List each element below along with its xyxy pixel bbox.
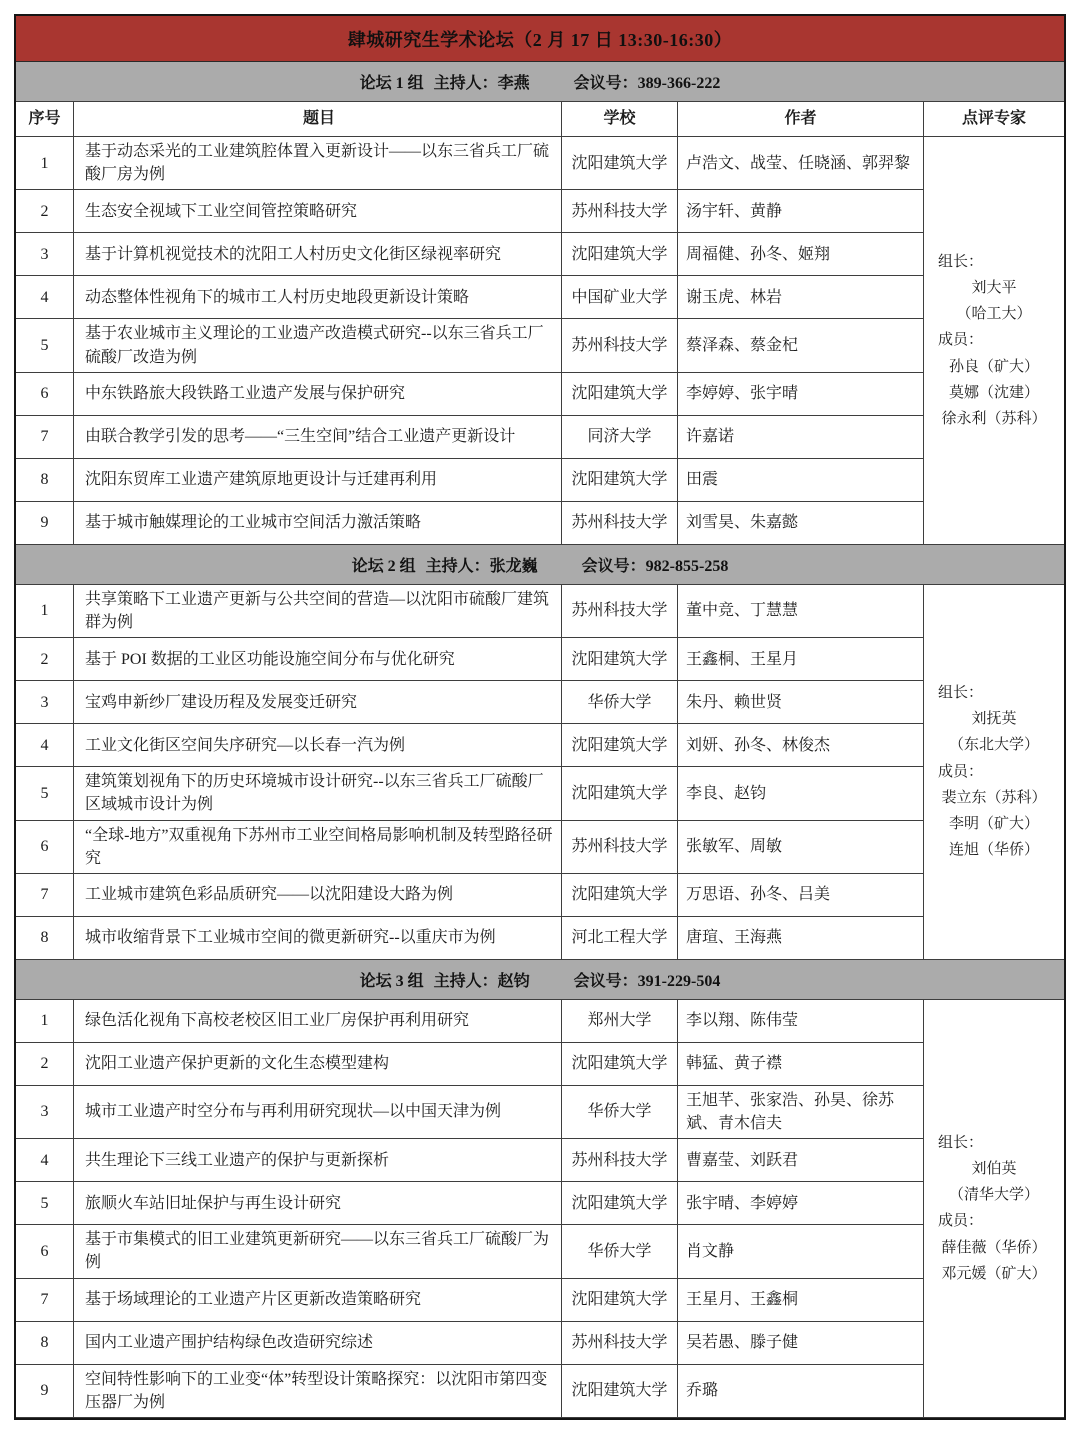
school-cell: 苏州科技大学	[562, 190, 678, 233]
authors-cell: 李以翔、陈伟莹	[678, 1000, 924, 1043]
seq-cell: 6	[16, 821, 74, 874]
authors-cell: 汤宇轩、黄静	[678, 190, 924, 233]
experts-member: 徐永利（苏科）	[941, 406, 1046, 432]
school-cell: 沈阳建筑大学	[562, 1043, 678, 1086]
forum3-rows: 组长： 刘伯英 （清华大学） 成员： 薛佳薇（华侨） 邓元媛（矿大） 1 绿色活…	[16, 1000, 1064, 1418]
seq-cell: 7	[16, 874, 74, 917]
seq-cell: 6	[16, 373, 74, 416]
seq-cell: 5	[16, 319, 74, 372]
forum3-host-label: 主持人：赵钧	[434, 968, 530, 991]
title-cell: 共生理论下三线工业遗产的保护与更新探析	[74, 1139, 562, 1182]
seq-cell: 1	[16, 585, 74, 638]
school-cell: 苏州科技大学	[562, 502, 678, 545]
seq-cell: 7	[16, 416, 74, 459]
authors-cell: 朱丹、赖世贤	[678, 681, 924, 724]
seq-cell: 8	[16, 459, 74, 502]
school-cell: 沈阳建筑大学	[562, 1279, 678, 1322]
forum3-group-label: 论坛 3 组	[360, 968, 424, 991]
title-cell: 基于农业城市主义理论的工业遗产改造模式研究--以东三省兵工厂硫酸厂改造为例	[74, 319, 562, 372]
experts-member: 连旭（华侨）	[949, 837, 1039, 863]
seq-cell: 4	[16, 276, 74, 319]
seq-cell: 4	[16, 724, 74, 767]
authors-cell: 蔡泽森、蔡金杞	[678, 319, 924, 372]
seq-cell: 9	[16, 502, 74, 545]
school-cell: 郑州大学	[562, 1000, 678, 1043]
column-header-school: 学校	[562, 102, 678, 137]
experts-leader-affiliation: （清华大学）	[949, 1182, 1039, 1208]
experts-leader-affiliation: （东北大学）	[949, 732, 1039, 758]
seq-cell: 6	[16, 1225, 74, 1278]
school-cell: 沈阳建筑大学	[562, 1182, 678, 1225]
experts-leader-affiliation: （哈工大）	[956, 301, 1031, 327]
title-cell: 基于计算机视觉技术的沈阳工人村历史文化街区绿视率研究	[74, 233, 562, 276]
school-cell: 沈阳建筑大学	[562, 1365, 678, 1418]
authors-cell: 韩猛、黄子襟	[678, 1043, 924, 1086]
authors-cell: 周福健、孙冬、姬翔	[678, 233, 924, 276]
title-cell: 由联合教学引发的思考——“三生空间”结合工业遗产更新设计	[74, 416, 562, 459]
experts-member: 薛佳薇（华侨）	[941, 1235, 1046, 1261]
school-cell: 沈阳建筑大学	[562, 233, 678, 276]
page-title: 肆城研究生学术论坛（2 月 17 日 13:30-16:30）	[16, 16, 1064, 62]
school-cell: 中国矿业大学	[562, 276, 678, 319]
column-header-seq: 序号	[16, 102, 74, 137]
seq-cell: 3	[16, 681, 74, 724]
forum2-section-bar: 论坛 2 组 主持人：张龙巍 会议号：982-855-258	[16, 545, 1064, 585]
school-cell: 苏州科技大学	[562, 1322, 678, 1365]
seq-cell: 4	[16, 1139, 74, 1182]
seq-cell: 8	[16, 1322, 74, 1365]
experts-cell: 组长： 刘大平 （哈工大） 成员： 孙良（矿大） 莫娜（沈建） 徐永利（苏科）	[924, 137, 1064, 545]
authors-cell: 李婷婷、张宇晴	[678, 373, 924, 416]
title-cell: 基于 POI 数据的工业区功能设施空间分布与优化研究	[74, 638, 562, 681]
title-cell: 旅顺火车站旧址保护与再生设计研究	[74, 1182, 562, 1225]
experts-cell: 组长： 刘伯英 （清华大学） 成员： 薛佳薇（华侨） 邓元媛（矿大）	[924, 1000, 1064, 1418]
school-cell: 沈阳建筑大学	[562, 767, 678, 820]
experts-member: 李明（矿大）	[949, 811, 1039, 837]
authors-cell: 肖文静	[678, 1225, 924, 1278]
seq-cell: 3	[16, 233, 74, 276]
school-cell: 同济大学	[562, 416, 678, 459]
seq-cell: 9	[16, 1365, 74, 1418]
forum3-meeting-number: 会议号：391-229-504	[574, 968, 721, 991]
authors-cell: 谢玉虎、林岩	[678, 276, 924, 319]
title-cell: 基于城市触媒理论的工业城市空间活力激活策略	[74, 502, 562, 545]
experts-cell: 组长： 刘抚英 （东北大学） 成员： 裴立东（苏科） 李明（矿大） 连旭（华侨）	[924, 585, 1064, 960]
experts-member: 莫娜（沈建）	[949, 380, 1039, 406]
title-cell: 宝鸡申新纱厂建设历程及发展变迁研究	[74, 681, 562, 724]
title-cell: 绿色活化视角下高校老校区旧工业厂房保护再利用研究	[74, 1000, 562, 1043]
experts-member: 裴立东（苏科）	[941, 785, 1046, 811]
experts-member: 邓元媛（矿大）	[941, 1261, 1046, 1287]
authors-cell: 卢浩文、战莹、任晓涵、郭羿黎	[678, 137, 924, 190]
authors-cell: 万思语、孙冬、吕美	[678, 874, 924, 917]
column-header-authors: 作者	[678, 102, 924, 137]
experts-leader-name: 刘大平	[971, 275, 1016, 301]
school-cell: 华侨大学	[562, 1225, 678, 1278]
school-cell: 苏州科技大学	[562, 585, 678, 638]
authors-cell: 许嘉诺	[678, 416, 924, 459]
experts-leader-name: 刘抚英	[971, 706, 1016, 732]
school-cell: 沈阳建筑大学	[562, 137, 678, 190]
school-cell: 苏州科技大学	[562, 821, 678, 874]
school-cell: 沈阳建筑大学	[562, 459, 678, 502]
column-header-row: 序号 题目 学校 作者 点评专家	[16, 102, 1064, 137]
experts-leader-label: 组长：	[930, 680, 983, 706]
title-cell: 沈阳工业遗产保护更新的文化生态模型建构	[74, 1043, 562, 1086]
experts-leader-label: 组长：	[930, 249, 983, 275]
experts-leader-name: 刘伯英	[971, 1156, 1016, 1182]
title-cell: 工业城市建筑色彩品质研究——以沈阳建设大路为例	[74, 874, 562, 917]
forum1-rows: 组长： 刘大平 （哈工大） 成员： 孙良（矿大） 莫娜（沈建） 徐永利（苏科） …	[16, 137, 1064, 545]
column-header-experts: 点评专家	[924, 102, 1064, 137]
forum2-host-label: 主持人：张龙巍	[426, 553, 538, 576]
school-cell: 华侨大学	[562, 681, 678, 724]
seq-cell: 5	[16, 767, 74, 820]
authors-cell: 乔璐	[678, 1365, 924, 1418]
authors-cell: 田震	[678, 459, 924, 502]
forum1-section-bar: 论坛 1 组 主持人：李燕 会议号：389-366-222	[16, 62, 1064, 102]
school-cell: 华侨大学	[562, 1086, 678, 1139]
forum1-group-label: 论坛 1 组	[360, 70, 424, 93]
seq-cell: 2	[16, 638, 74, 681]
authors-cell: 王旭芊、张家浩、孙昊、徐苏斌、青木信夫	[678, 1086, 924, 1139]
authors-cell: 李良、赵钧	[678, 767, 924, 820]
experts-members-label: 成员：	[930, 327, 983, 353]
seq-cell: 1	[16, 137, 74, 190]
seq-cell: 7	[16, 1279, 74, 1322]
authors-cell: 曹嘉莹、刘跃君	[678, 1139, 924, 1182]
title-cell: 基于动态采光的工业建筑腔体置入更新设计——以东三省兵工厂硫酸厂房为例	[74, 137, 562, 190]
authors-cell: 唐瑄、王海燕	[678, 917, 924, 960]
title-cell: 空间特性影响下的工业变“体”转型设计策略探究：以沈阳市第四变压器厂为例	[74, 1365, 562, 1418]
forum1-meeting-number: 会议号：389-366-222	[574, 70, 721, 93]
title-cell: 共享策略下工业遗产更新与公共空间的营造—以沈阳市硫酸厂建筑群为例	[74, 585, 562, 638]
school-cell: 沈阳建筑大学	[562, 724, 678, 767]
title-cell: 生态安全视域下工业空间管控策略研究	[74, 190, 562, 233]
title-cell: 基于场域理论的工业遗产片区更新改造策略研究	[74, 1279, 562, 1322]
title-cell: 国内工业遗产围护结构绿色改造研究综述	[74, 1322, 562, 1365]
forum2-group-label: 论坛 2 组	[352, 553, 416, 576]
title-cell: 动态整体性视角下的城市工人村历史地段更新设计策略	[74, 276, 562, 319]
forum3-section-bar: 论坛 3 组 主持人：赵钧 会议号：391-229-504	[16, 960, 1064, 1000]
forum2-meeting-number: 会议号：982-855-258	[582, 553, 729, 576]
experts-members-label: 成员：	[930, 759, 983, 785]
title-cell: 沈阳东贸库工业遗产建筑原地更设计与迁建再利用	[74, 459, 562, 502]
title-cell: 建筑策划视角下的历史环境城市设计研究--以东三省兵工厂硫酸厂区域城市设计为例	[74, 767, 562, 820]
seq-cell: 2	[16, 1043, 74, 1086]
authors-cell: 王星月、王鑫桐	[678, 1279, 924, 1322]
authors-cell: 刘雪昊、朱嘉懿	[678, 502, 924, 545]
experts-members-label: 成员：	[930, 1208, 983, 1234]
forum-schedule-table: 肆城研究生学术论坛（2 月 17 日 13:30-16:30） 论坛 1 组 主…	[14, 14, 1066, 1420]
page: 肆城研究生学术论坛（2 月 17 日 13:30-16:30） 论坛 1 组 主…	[0, 0, 1080, 1453]
title-cell: 中东铁路旅大段铁路工业遗产发展与保护研究	[74, 373, 562, 416]
authors-cell: 吴若愚、滕子健	[678, 1322, 924, 1365]
school-cell: 沈阳建筑大学	[562, 373, 678, 416]
school-cell: 河北工程大学	[562, 917, 678, 960]
seq-cell: 2	[16, 190, 74, 233]
school-cell: 沈阳建筑大学	[562, 874, 678, 917]
school-cell: 苏州科技大学	[562, 1139, 678, 1182]
forum2-rows: 组长： 刘抚英 （东北大学） 成员： 裴立东（苏科） 李明（矿大） 连旭（华侨）…	[16, 585, 1064, 960]
title-cell: 基于市集模式的旧工业建筑更新研究——以东三省兵工厂硫酸厂为例	[74, 1225, 562, 1278]
seq-cell: 1	[16, 1000, 74, 1043]
title-cell: 城市收缩背景下工业城市空间的微更新研究--以重庆市为例	[74, 917, 562, 960]
forum1-host-label: 主持人：李燕	[434, 70, 530, 93]
title-cell: 工业文化街区空间失序研究—以长春一汽为例	[74, 724, 562, 767]
seq-cell: 3	[16, 1086, 74, 1139]
school-cell: 沈阳建筑大学	[562, 638, 678, 681]
experts-member: 孙良（矿大）	[949, 354, 1039, 380]
authors-cell: 张敏军、周敏	[678, 821, 924, 874]
authors-cell: 刘妍、孙冬、林俊杰	[678, 724, 924, 767]
seq-cell: 8	[16, 917, 74, 960]
authors-cell: 董中竞、丁慧慧	[678, 585, 924, 638]
title-cell: “全球-地方”双重视角下苏州市工业空间格局影响机制及转型路径研究	[74, 821, 562, 874]
seq-cell: 5	[16, 1182, 74, 1225]
authors-cell: 王鑫桐、王星月	[678, 638, 924, 681]
authors-cell: 张宇晴、李婷婷	[678, 1182, 924, 1225]
experts-leader-label: 组长：	[930, 1130, 983, 1156]
column-header-title: 题目	[74, 102, 562, 137]
school-cell: 苏州科技大学	[562, 319, 678, 372]
title-cell: 城市工业遗产时空分布与再利用研究现状—以中国天津为例	[74, 1086, 562, 1139]
